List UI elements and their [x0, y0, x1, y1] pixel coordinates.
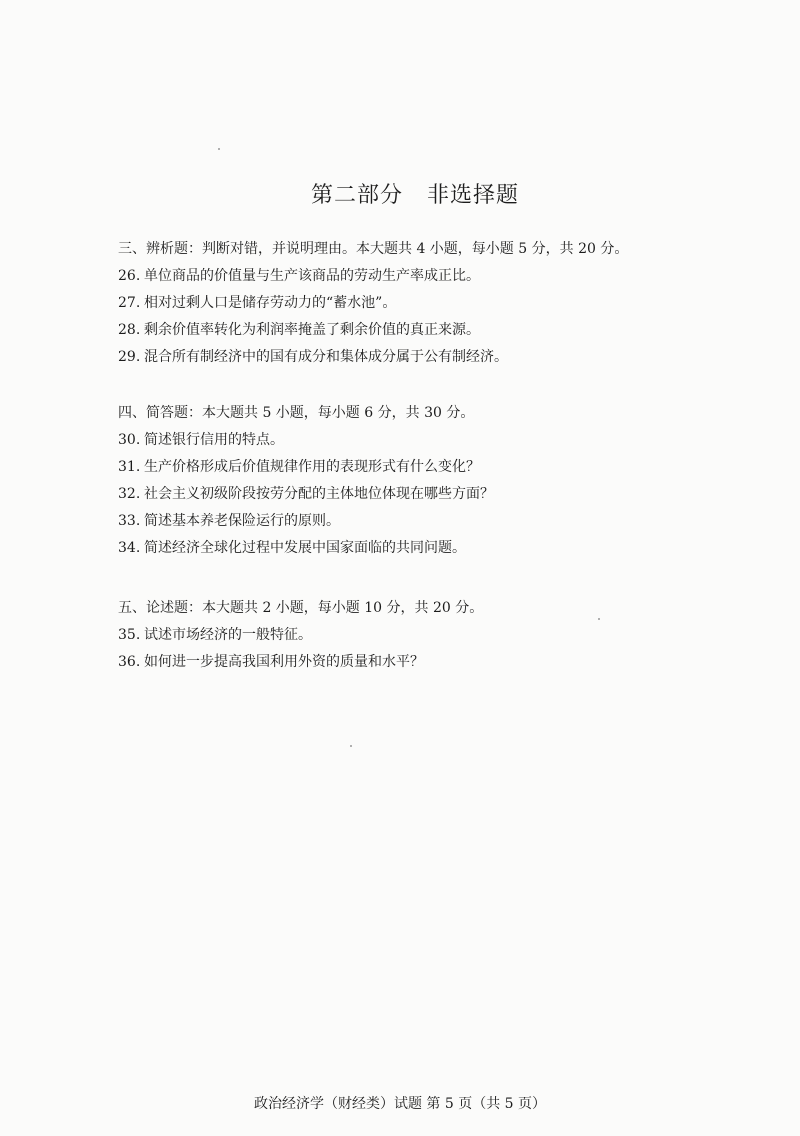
part-title-type: 非选择题 [427, 183, 519, 208]
question-number: 32. [118, 481, 144, 508]
question-text: 简述经济全球化过程中发展中国家面临的共同问题。 [144, 540, 466, 556]
question-text: 混合所有制经济中的国有成分和集体成分属于公有制经济。 [144, 349, 508, 365]
part-title-label: 第二部分 [311, 183, 403, 208]
question-text: 单位商品的价值量与生产该商品的劳动生产率成正比。 [144, 268, 480, 284]
question-item: 35.试述市场经济的一般特征。 [118, 622, 718, 649]
question-text: 相对过剩人口是储存劳动力的“蓄水池”。 [144, 295, 396, 311]
section-heading: 五、论述题：本大题共 2 小题，每小题 10 分，共 20 分。 [118, 595, 718, 622]
question-number: 31. [118, 454, 144, 481]
question-item: 26.单位商品的价值量与生产该商品的劳动生产率成正比。 [118, 263, 718, 290]
section-essay: 五、论述题：本大题共 2 小题，每小题 10 分，共 20 分。 35.试述市场… [118, 595, 718, 676]
question-number: 28. [118, 317, 144, 344]
question-number: 35. [118, 622, 144, 649]
question-number: 27. [118, 290, 144, 317]
question-item: 30.简述银行信用的特点。 [118, 427, 718, 454]
question-item: 32.社会主义初级阶段按劳分配的主体地位体现在哪些方面？ [118, 481, 718, 508]
part-title: 第二部分非选择题 [0, 178, 800, 209]
question-item: 28.剩余价值率转化为利润率掩盖了剩余价值的真正来源。 [118, 317, 718, 344]
question-number: 36. [118, 649, 144, 676]
question-text: 试述市场经济的一般特征。 [144, 627, 312, 643]
question-item: 34.简述经济全球化过程中发展中国家面临的共同问题。 [118, 535, 718, 562]
scan-speck [598, 618, 600, 620]
question-item: 27.相对过剩人口是储存劳动力的“蓄水池”。 [118, 290, 718, 317]
question-number: 34. [118, 535, 144, 562]
question-item: 29.混合所有制经济中的国有成分和集体成分属于公有制经济。 [118, 344, 718, 371]
question-item: 33.简述基本养老保险运行的原则。 [118, 508, 718, 535]
question-text: 生产价格形成后价值规律作用的表现形式有什么变化？ [144, 459, 480, 475]
question-text: 简述基本养老保险运行的原则。 [144, 513, 340, 529]
question-number: 30. [118, 427, 144, 454]
section-heading: 三、辨析题：判断对错，并说明理由。本大题共 4 小题，每小题 5 分，共 20 … [118, 236, 718, 263]
scan-speck [218, 148, 220, 150]
question-number: 29. [118, 344, 144, 371]
question-text: 社会主义初级阶段按劳分配的主体地位体现在哪些方面？ [144, 486, 494, 502]
question-text: 简述银行信用的特点。 [144, 432, 284, 448]
section-heading: 四、简答题：本大题共 5 小题，每小题 6 分，共 30 分。 [118, 400, 718, 427]
question-item: 31.生产价格形成后价值规律作用的表现形式有什么变化？ [118, 454, 718, 481]
section-true-false-analysis: 三、辨析题：判断对错，并说明理由。本大题共 4 小题，每小题 5 分，共 20 … [118, 236, 718, 371]
question-number: 26. [118, 263, 144, 290]
section-short-answer: 四、简答题：本大题共 5 小题，每小题 6 分，共 30 分。 30.简述银行信… [118, 400, 718, 562]
question-number: 33. [118, 508, 144, 535]
question-item: 36.如何进一步提高我国利用外资的质量和水平？ [118, 649, 718, 676]
page-footer: 政治经济学（财经类）试题 第 5 页（共 5 页） [0, 1093, 800, 1113]
question-text: 如何进一步提高我国利用外资的质量和水平？ [144, 654, 424, 670]
scan-speck [350, 745, 352, 747]
question-text: 剩余价值率转化为利润率掩盖了剩余价值的真正来源。 [144, 322, 480, 338]
